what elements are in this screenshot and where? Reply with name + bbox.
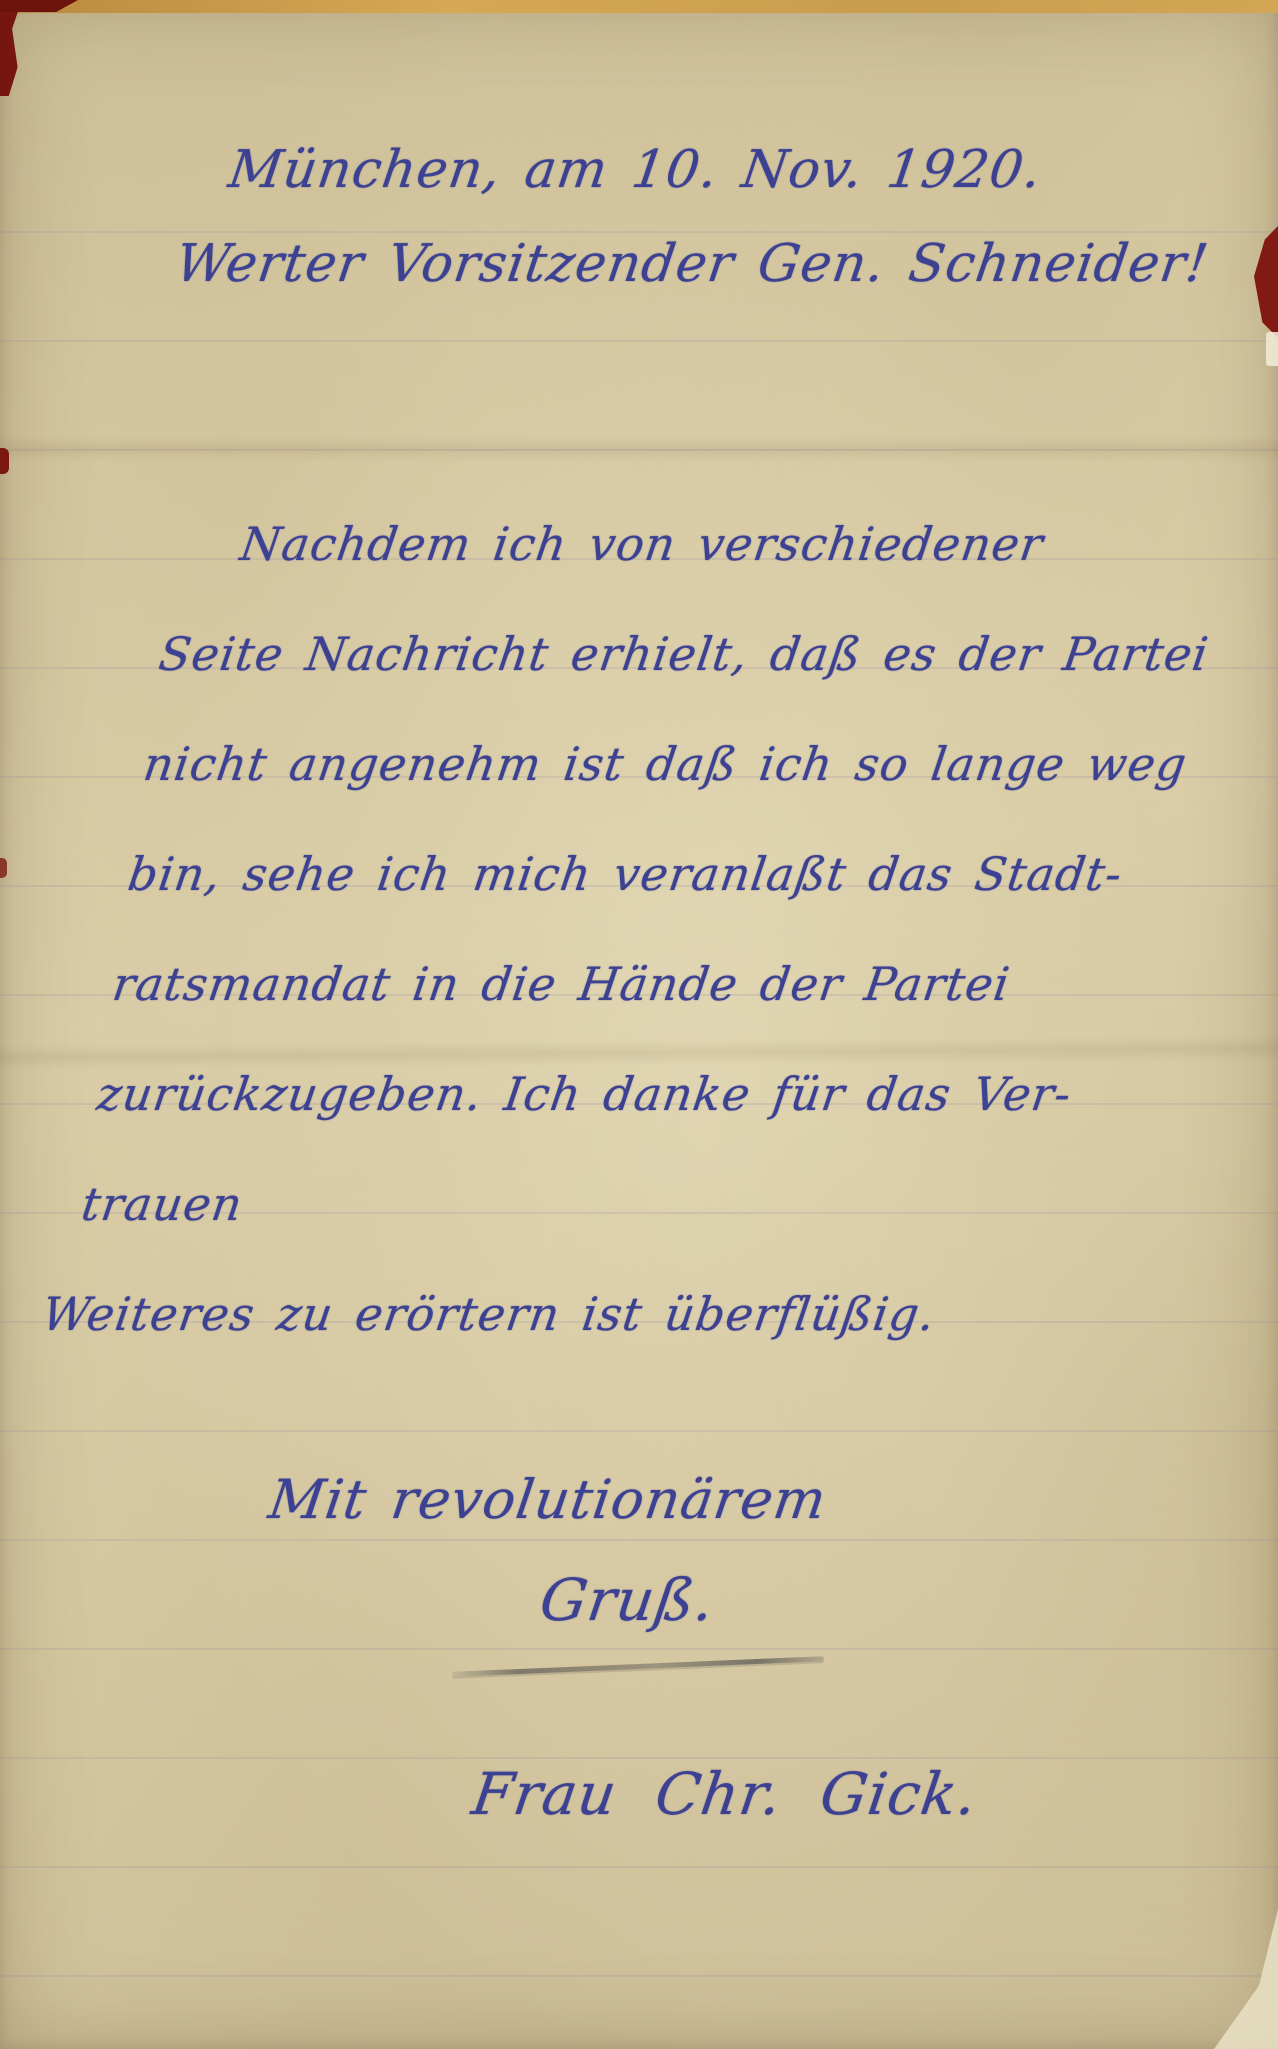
letter-scan-page: München, am 10. Nov. 1920. Werter Vorsit… xyxy=(0,0,1278,2049)
body-line: trauen xyxy=(73,1156,1137,1266)
salutation: Werter Vorsitzender Gen. Schneider! xyxy=(172,234,1212,294)
body-line: Weiteres zu erörtern ist überflüßig. xyxy=(34,1266,1122,1376)
pencil-underline xyxy=(452,1656,824,1677)
signature: Frau Chr. Gick. xyxy=(468,1760,982,1828)
body-line: ratsmandat in die Hände der Partei xyxy=(104,936,1168,1046)
backing-edge-right xyxy=(1254,226,1278,338)
letter-body: Nachdem ich von verschiedener Seite Nach… xyxy=(58,496,1231,1376)
worn-corner-bottom-right xyxy=(1214,1909,1278,2049)
torn-edge-sliver xyxy=(1266,332,1278,366)
body-line: zurückzugeben. Ich danke für das Ver- xyxy=(89,1046,1153,1156)
backing-corner-top-left xyxy=(0,0,22,96)
torn-top-edge xyxy=(0,0,1278,13)
closing-phrase: Mit revolutionärem xyxy=(265,1468,831,1531)
body-line: bin, sehe ich mich veranlaßt das Stadt- xyxy=(120,826,1184,936)
body-line: Nachdem ich von verschiedener xyxy=(166,496,1230,606)
backing-edge-left xyxy=(0,448,9,474)
closing-word: Gruß. xyxy=(536,1566,719,1634)
dateline: München, am 10. Nov. 1920. xyxy=(225,140,1046,200)
backing-edge-left xyxy=(0,858,7,878)
body-line: Seite Nachricht erhielt, daß es der Part… xyxy=(151,606,1215,716)
body-line: nicht angenehm ist daß ich so lange weg xyxy=(135,716,1199,826)
paper-crease xyxy=(0,436,1278,462)
